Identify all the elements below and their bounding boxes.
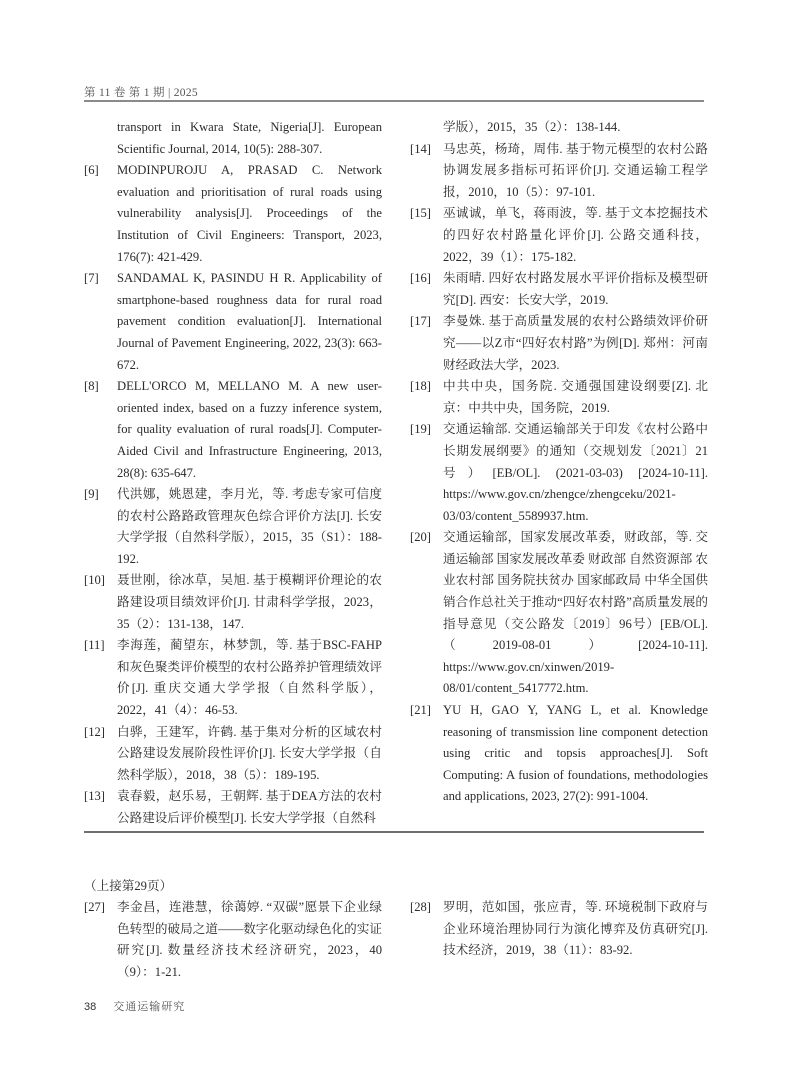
reference-item: [11]李海莲，蔺望东，林梦凯，等. 基于BSC-FAHP和灰色聚类评价模型的农… [84,635,382,721]
reference-text: YU H, GAO Y, YANG L, et al. Knowledge re… [443,700,708,808]
reference-text: 巫诚诚，单飞，蒋雨波，等. 基于文本挖掘技术的四好农村路量化评价[J]. 公路交… [443,203,708,268]
continued-references-left: [27]李金昌，连港慧，徐蔼婷. “双碳”愿景下企业绿色转型的破局之道——数字化… [84,897,382,983]
reference-item: [10]聂世刚，徐冰草，吴旭. 基于模糊评价理论的农路建设项目绩效评价[J]. … [84,570,382,635]
continued-from-label: （上接第29页） [84,876,172,898]
reference-number: [18] [410,376,443,419]
reference-number: [14] [410,139,443,204]
reference-text: 聂世刚，徐冰草，吴旭. 基于模糊评价理论的农路建设项目绩效评价[J]. 甘肃科学… [117,570,382,635]
reference-item: [15]巫诚诚，单飞，蒋雨波，等. 基于文本挖掘技术的四好农村路量化评价[J].… [410,203,708,268]
reference-text: 袁春毅，赵乐易，王朝辉. 基于DEA方法的农村公路建设后评价模型[J]. 长安大… [117,786,382,829]
reference-number: [17] [410,311,443,376]
reference-text: 交通运输部，国家发展改革委，财政部，等. 交通运输部 国家发展改革委 财政部 自… [443,527,708,700]
page-number: 38 [84,1001,96,1013]
reference-number: [19] [410,419,443,527]
reference-text: 李曼姝. 基于高质量发展的农村公路绩效评价研究——以Z市“四好农村路”为例[D]… [443,311,708,376]
reference-item: [9]代洪娜，姚恩建，李月光，等. 考虑专家可信度的农村公路路政管理灰色综合评价… [84,484,382,570]
reference-text: MODINPUROJU A, PRASAD C. Network evaluat… [117,160,382,268]
continued-references-right: [28]罗明，范如国，张应青，等. 环境税制下政府与企业环境治理协同行为演化博弈… [410,897,708,962]
journal-name: 交通运输研究 [113,1001,185,1013]
reference-text: SANDAMAL K, PASINDU H R. Applicability o… [117,268,382,376]
reference-text: 李金昌，连港慧，徐蔼婷. “双碳”愿景下企业绿色转型的破局之道——数字化驱动绿色… [117,897,382,983]
reference-number: [20] [410,527,443,700]
reference-item: [8]DELL'ORCO M, MELLANO M. A new user-or… [84,376,382,484]
reference-number: [6] [84,160,117,268]
reference-number: [13] [84,786,117,829]
reference-text: DELL'ORCO M, MELLANO M. A new user-orien… [117,376,382,484]
reference-number: [8] [84,376,117,484]
reference-item: transport in Kwara State, Nigeria[J]. Eu… [84,117,382,160]
references-left-column: transport in Kwara State, Nigeria[J]. Eu… [84,117,382,830]
reference-text: 白骅，王建军，许鹤. 基于集对分析的区域农村公路建设发展阶段性评价[J]. 长安… [117,722,382,787]
reference-text: 交通运输部. 交通运输部关于印发《农村公路中长期发展纲要》的通知（交规划发〔20… [443,419,708,527]
reference-text: 学版），2015，35（2）：138-144. [443,117,708,139]
reference-item: [13]袁春毅，赵乐易，王朝辉. 基于DEA方法的农村公路建设后评价模型[J].… [84,786,382,829]
reference-item: [28]罗明，范如国，张应青，等. 环境税制下政府与企业环境治理协同行为演化博弈… [410,897,708,962]
reference-text: 代洪娜，姚恩建，李月光，等. 考虑专家可信度的农村公路路政管理灰色综合评价方法[… [117,484,382,570]
header-divider [84,100,704,102]
reference-text: 朱雨晴. 四好农村路发展水平评价指标及模型研究[D]. 西安：长安大学，2019… [443,268,708,311]
reference-item: [27]李金昌，连港慧，徐蔼婷. “双碳”愿景下企业绿色转型的破局之道——数字化… [84,897,382,983]
reference-number: [12] [84,722,117,787]
reference-item: 学版），2015，35（2）：138-144. [410,117,708,139]
reference-number: [7] [84,268,117,376]
reference-number: [27] [84,897,117,983]
reference-item: [21]YU H, GAO Y, YANG L, et al. Knowledg… [410,700,708,808]
reference-item: [20]交通运输部，国家发展改革委，财政部，等. 交通运输部 国家发展改革委 财… [410,527,708,700]
reference-item: [19]交通运输部. 交通运输部关于印发《农村公路中长期发展纲要》的通知（交规划… [410,419,708,527]
reference-item: [16]朱雨晴. 四好农村路发展水平评价指标及模型研究[D]. 西安：长安大学，… [410,268,708,311]
reference-number: [28] [410,897,443,962]
reference-item: [14]马忠英，杨琦，周伟. 基于物元模型的农村公路协调发展多指标可拓评价[J]… [410,139,708,204]
reference-item: [18]中共中央，国务院. 交通强国建设纲要[Z]. 北京：中共中央，国务院，2… [410,376,708,419]
reference-text: 罗明，范如国，张应青，等. 环境税制下政府与企业环境治理协同行为演化博弈及仿真研… [443,897,708,962]
reference-text: transport in Kwara State, Nigeria[J]. Eu… [117,117,382,160]
reference-text: 中共中央，国务院. 交通强国建设纲要[Z]. 北京：中共中央，国务院，2019. [443,376,708,419]
section-divider [84,831,704,833]
references-right-column: 学版），2015，35（2）：138-144. [14]马忠英，杨琦，周伟. 基… [410,117,708,808]
reference-number: [10] [84,570,117,635]
reference-item: [7]SANDAMAL K, PASINDU H R. Applicabilit… [84,268,382,376]
reference-number: [11] [84,635,117,721]
reference-item: [17]李曼姝. 基于高质量发展的农村公路绩效评价研究——以Z市“四好农村路”为… [410,311,708,376]
reference-text: 李海莲，蔺望东，林梦凯，等. 基于BSC-FAHP和灰色聚类评价模型的农村公路养… [117,635,382,721]
reference-number: [15] [410,203,443,268]
reference-number: [9] [84,484,117,570]
reference-number: [21] [410,700,443,808]
reference-text: 马忠英，杨琦，周伟. 基于物元模型的农村公路协调发展多指标可拓评价[J]. 交通… [443,139,708,204]
reference-item: [12]白骅，王建军，许鹤. 基于集对分析的区域农村公路建设发展阶段性评价[J]… [84,722,382,787]
reference-item: [6]MODINPUROJU A, PRASAD C. Network eval… [84,160,382,268]
page-footer: 38 交通运输研究 [84,998,185,1014]
reference-number: [16] [410,268,443,311]
running-head: 第 11 卷 第 1 期 | 2025 [84,84,198,100]
